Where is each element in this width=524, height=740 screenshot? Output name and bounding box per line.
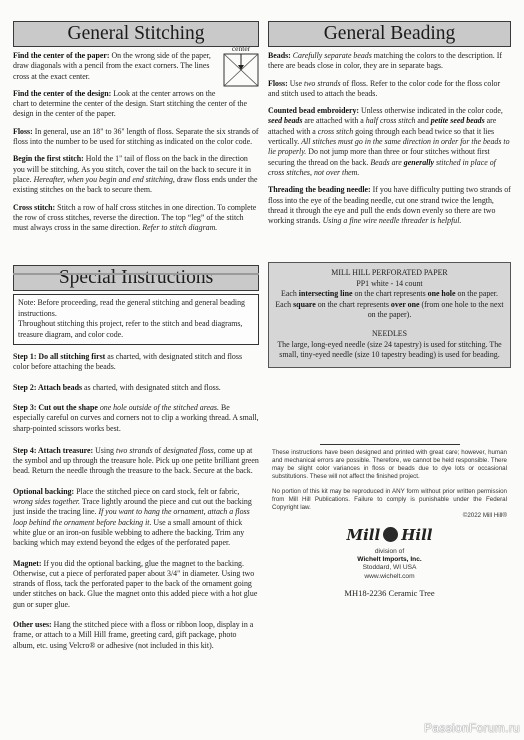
watermark: PassionForum.ru [424,721,520,735]
needles-heading: NEEDLES [273,329,506,339]
special-instructions-title: Special Instructions [13,265,259,291]
company-info: division of Wichelt Imports, Inc. Stodda… [268,548,511,581]
mill-hill-logo: Mill Hill [268,526,511,544]
left-divider [13,273,259,275]
general-beading-title: General Beading [268,21,511,47]
paragraph-begin-stitch: Begin the first stitch: Hold the 1" tail… [13,154,259,195]
copyright-line: ©2022 Mill Hill® [272,512,507,520]
general-stitching-title: General Stitching [13,21,259,47]
note-line-2: Throughout stitching this project, refer… [18,319,254,340]
paper-description: Each intersecting line on the chart repr… [273,289,506,320]
step-1: Step 1: Do all stitching first as charte… [13,352,259,373]
center-crosshair-icon [223,53,259,87]
note-line-1: Note: Before proceeding, read the genera… [18,298,254,319]
logo-emblem-icon [383,527,398,542]
paragraph-cross-stitch: Cross stitch: Stitch a row of half cross… [13,203,259,234]
disclaimer-text: These instructions have been designed an… [272,449,507,481]
left-column: General Stitching center Find the center… [13,0,259,651]
note-box: Note: Before proceeding, read the genera… [13,294,259,345]
product-code: MH18-2236 Ceramic Tree [268,588,511,598]
paragraph-beading-floss: Floss: Use two strands of floss. Refer t… [268,79,511,100]
copyright-text: No portion of this kit may be reproduced… [272,488,507,512]
legal-section: These instructions have been designed an… [268,445,511,520]
step-4: Step 4: Attach treasure: Using two stran… [13,446,259,477]
perforated-paper-box: MILL HILL PERFORATED PAPER PP1 white - 1… [268,262,511,367]
paper-subheading: PP1 white - 14 count [273,279,506,289]
paragraph-floss: Floss: In general, use an 18" to 36" len… [13,127,259,148]
center-label: center [223,45,259,53]
right-column: General Beading Beads: Carefully separat… [268,0,511,598]
paragraph-beads: Beads: Carefully separate beads matching… [268,51,511,72]
optional-backing: Optional backing: Place the stitched pie… [13,487,259,549]
paragraph-center-design: Find the center of the design: Look at t… [13,89,259,120]
other-uses: Other uses: Hang the stitched piece with… [13,620,259,651]
paragraph-counted-bead: Counted bead embroidery: Unless otherwis… [268,106,511,178]
needles-text: The large, long-eyed needle (size 24 tap… [273,340,506,361]
paper-heading: MILL HILL PERFORATED PAPER [273,268,506,278]
step-2: Step 2: Attach beads as charted, with de… [13,383,259,393]
step-3: Step 3: Cut out the shape one hole outsi… [13,403,259,434]
center-diagram: center [223,45,259,87]
magnet: Magnet: If you did the optional backing,… [13,559,259,610]
website-link: www.wichelt.com [268,573,511,581]
paragraph-threading: Threading the beading needle: If you hav… [268,185,511,226]
